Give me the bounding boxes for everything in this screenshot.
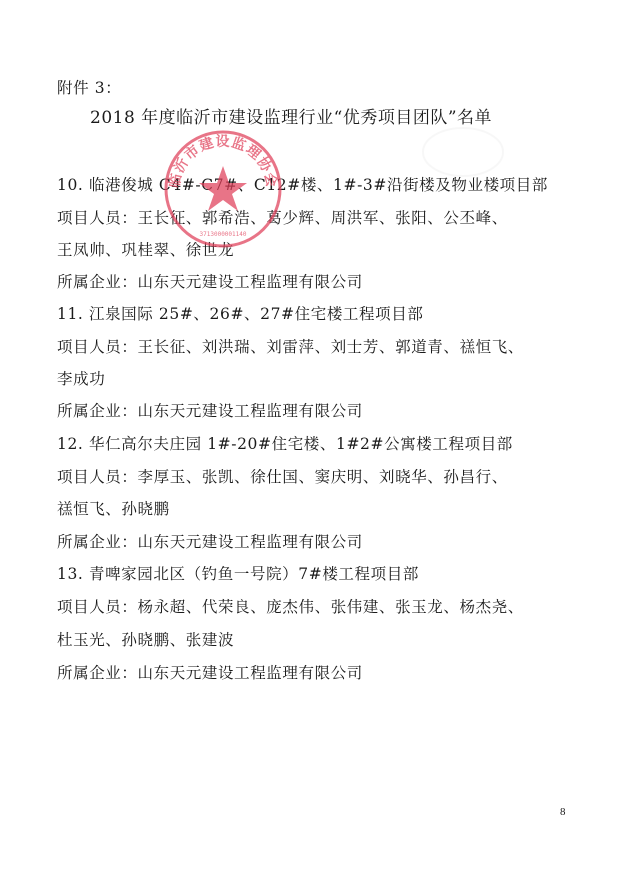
entry-heading-12: 12. 华仁高尔夫庄园 1#-20#住宅楼、1#2#公寓楼工程项目部 xyxy=(57,434,513,454)
entry-members-12-line2: 禚恒飞、孙晓鹏 xyxy=(57,499,170,519)
attachment-label: 附件 3： xyxy=(57,78,121,98)
entry-company-13: 所属企业：山东天元建设工程监理有限公司 xyxy=(57,663,363,683)
entry-company-12: 所属企业：山东天元建设工程监理有限公司 xyxy=(57,532,363,552)
entry-heading-11: 11. 江泉国际 25#、26#、27#住宅楼工程项目部 xyxy=(57,304,423,324)
entry-members-11-line2: 李成功 xyxy=(57,369,105,389)
entry-company-11: 所属企业：山东天元建设工程监理有限公司 xyxy=(57,401,363,421)
entry-company-10: 所属企业：山东天元建设工程监理有限公司 xyxy=(57,272,363,292)
document-title: 2018 年度临沂市建设监理行业“优秀项目团队”名单 xyxy=(90,108,492,128)
entry-heading-10: 10. 临港俊城 C4#-C7#、C12#楼、1#-3#沿街楼及物业楼项目部 xyxy=(57,175,548,195)
seal-code: 3713000001140 xyxy=(200,231,247,238)
faint-bleedthrough-mark xyxy=(418,122,508,182)
entry-members-12-line1: 项目人员：李厚玉、张凯、徐仕国、窦庆明、刘晓华、孙昌行、 xyxy=(57,467,508,487)
page-number: 8 xyxy=(560,806,566,818)
entry-members-13-line1: 项目人员：杨永超、代荣良、庞杰伟、张伟建、张玉龙、杨杰尧、 xyxy=(57,597,524,617)
entry-members-11-line1: 项目人员：王长征、刘洪瑞、刘雷萍、刘士芳、郭道青、禚恒飞、 xyxy=(57,337,524,357)
entry-members-13-line2: 杜玉光、孙晓鹏、张建波 xyxy=(57,630,234,650)
entry-members-10-line2: 王凤帅、巩桂翠、徐世龙 xyxy=(57,240,234,260)
entry-heading-13: 13. 青啤家园北区（钓鱼一号院）7#楼工程项目部 xyxy=(57,564,419,584)
entry-members-10-line1: 项目人员：王长征、郭希浩、葛少辉、周洪军、张阳、公丕峰、 xyxy=(57,208,508,228)
